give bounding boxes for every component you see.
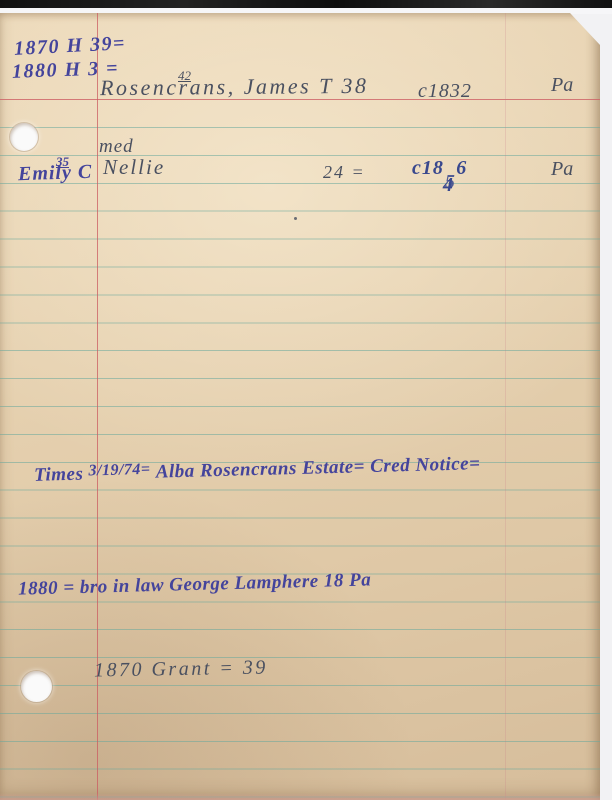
header-rule-red bbox=[0, 99, 600, 100]
spouse-age: 24 = bbox=[323, 163, 366, 181]
note-card-paper: 1870 H 39= 1880 H 3 = 42 Rosencrans, Jam… bbox=[0, 13, 600, 800]
spouse-birth-year: c18546 bbox=[412, 158, 467, 178]
newspaper-date: 3/19/74= bbox=[88, 461, 150, 480]
census-1870-grant-note: 1870 Grant = 39 bbox=[94, 657, 268, 680]
head-of-household-name: Rosencrans, James T 38 bbox=[100, 75, 369, 99]
tally-1870: 1870 H 39= bbox=[14, 33, 127, 59]
punch-hole-bottom bbox=[21, 671, 52, 702]
margin-rule-red bbox=[97, 13, 98, 800]
punch-hole-top bbox=[10, 123, 38, 151]
spouse-birthplace: Pa bbox=[551, 159, 573, 179]
spouse-name: Nellie bbox=[103, 157, 165, 178]
margin-name-emily-c: Emily C bbox=[18, 162, 93, 185]
scanned-page: 1870 H 39= 1880 H 3 = 42 Rosencrans, Jam… bbox=[0, 0, 612, 800]
bleed-through-line bbox=[505, 13, 506, 800]
scanner-edge-strip bbox=[0, 0, 612, 8]
stray-ink-dot bbox=[294, 217, 297, 220]
married-abbrev: med bbox=[99, 137, 134, 156]
head-birthplace: Pa bbox=[551, 75, 573, 95]
head-birth-year: c1832 bbox=[418, 81, 472, 101]
